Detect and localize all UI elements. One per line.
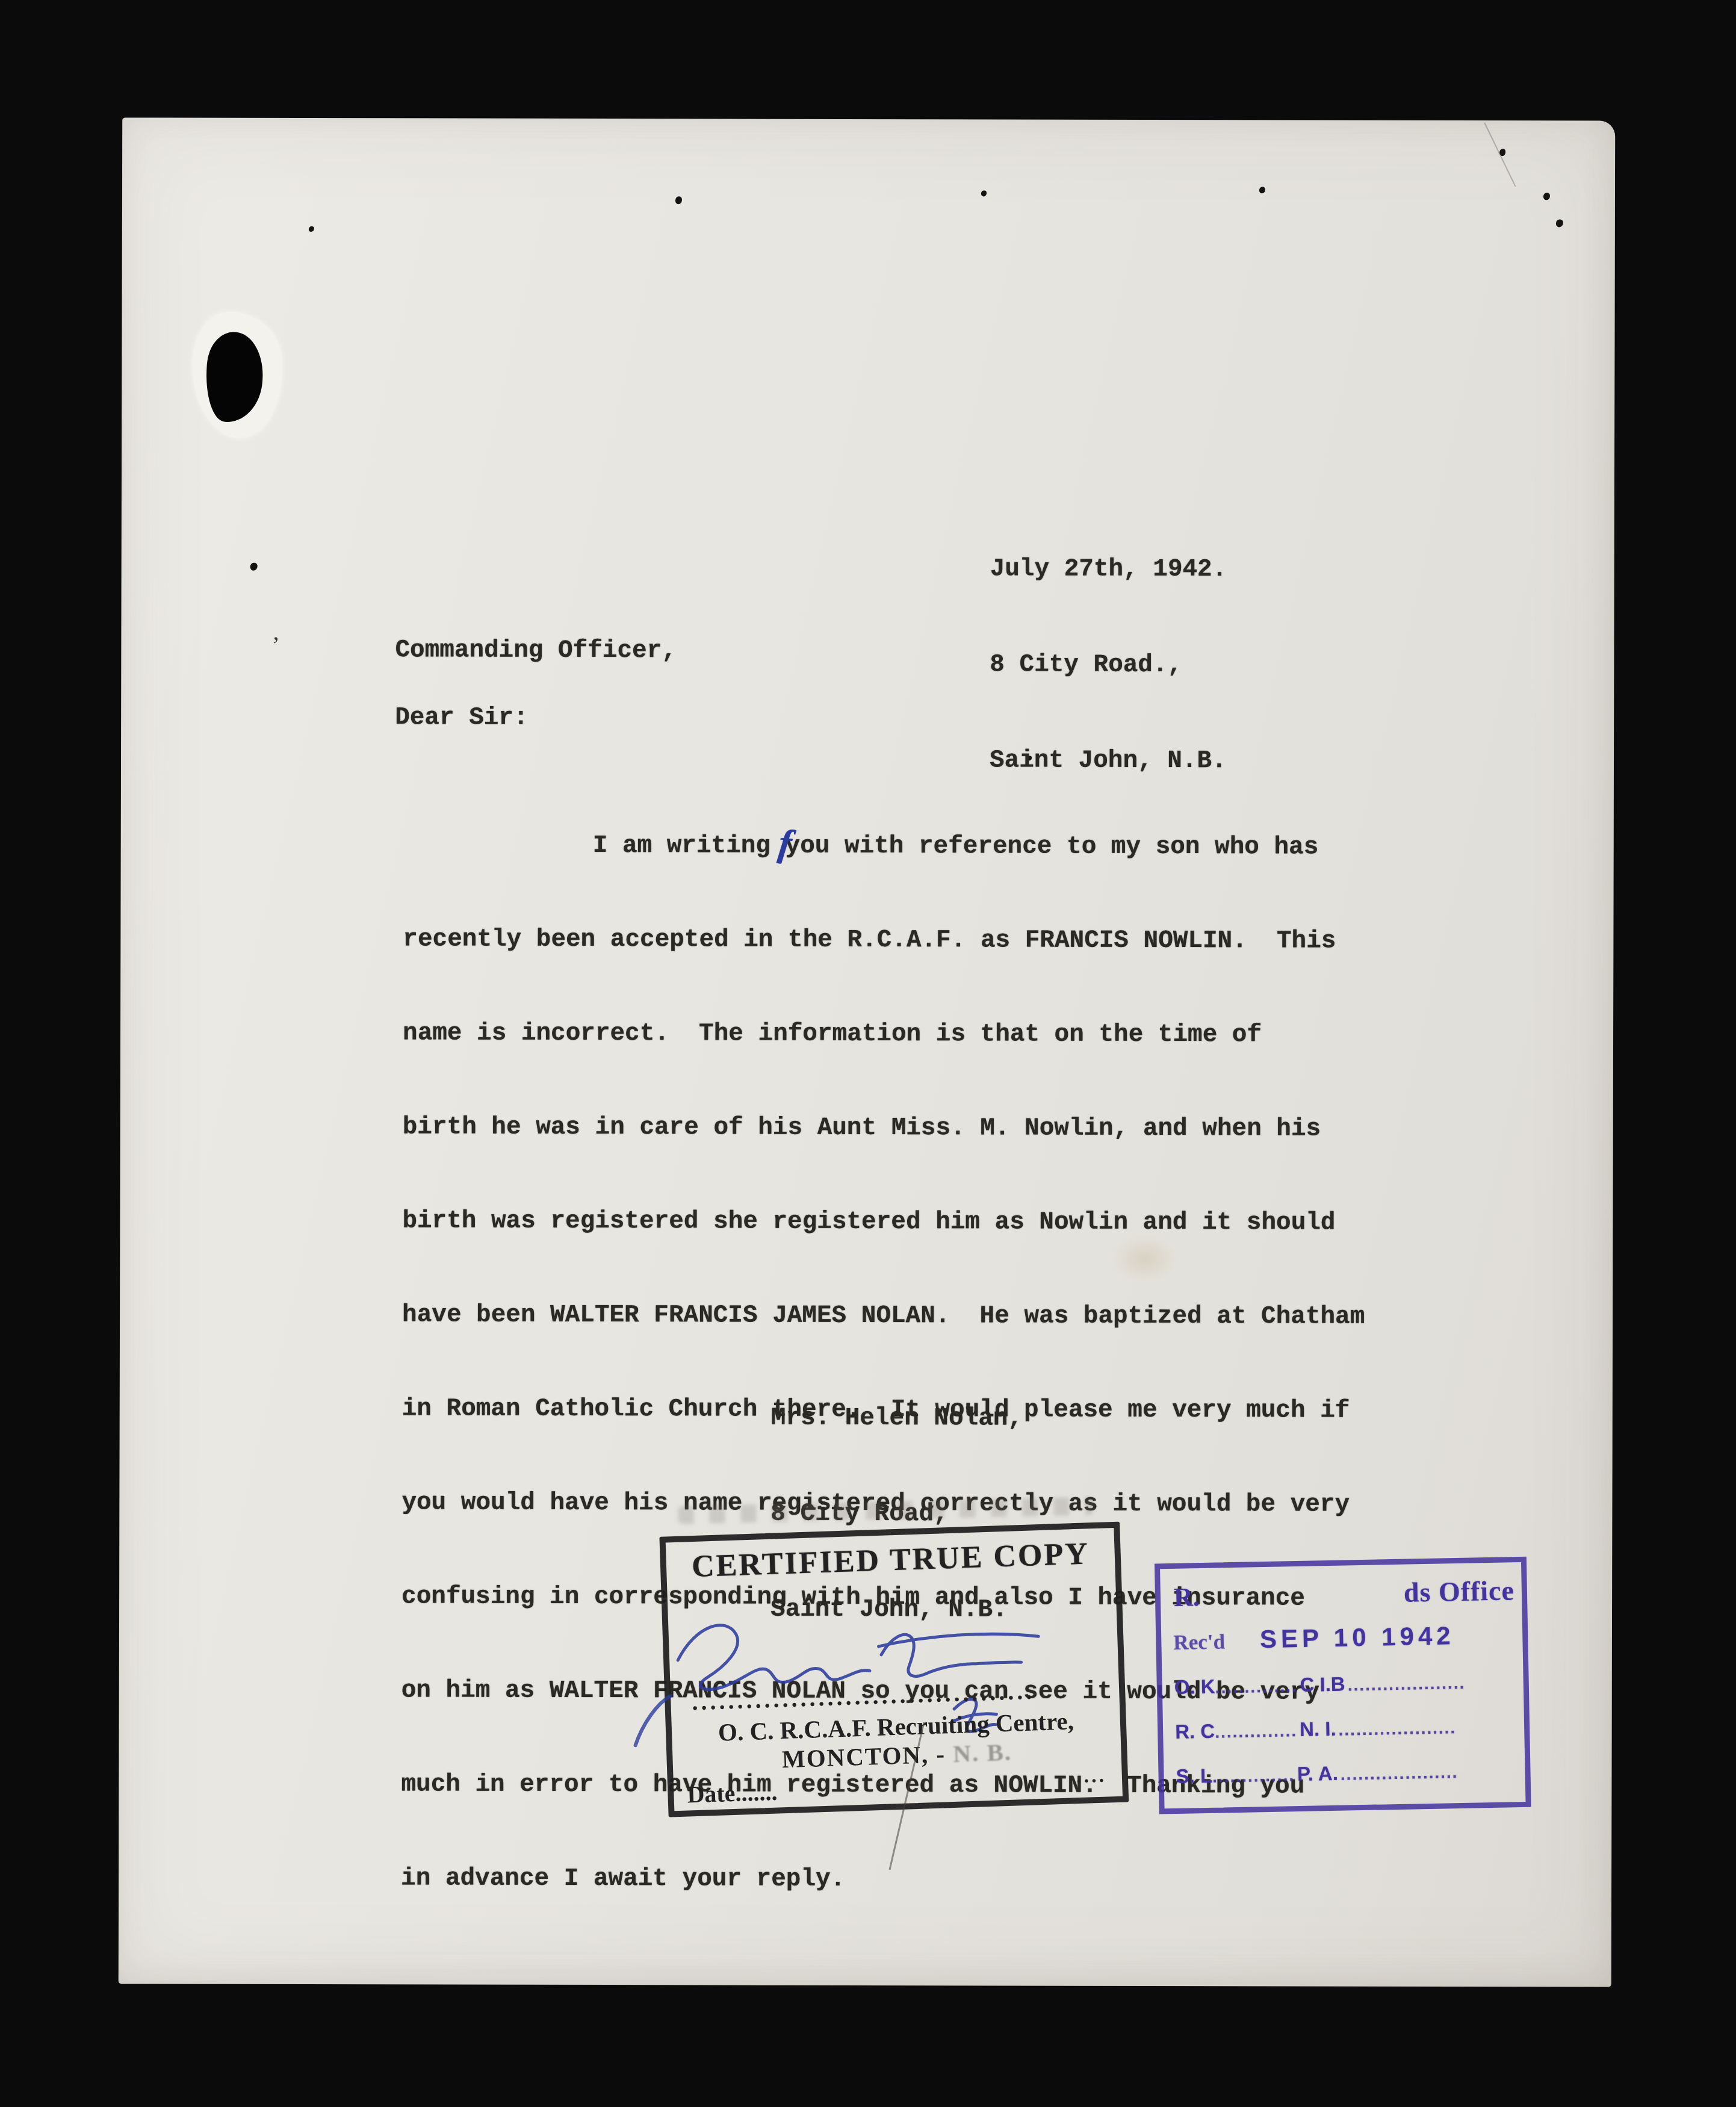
routing-label: C I.B	[1300, 1673, 1345, 1696]
records-header-left: R.	[1174, 1581, 1200, 1613]
body-line: birth he was in care of his Aunt Miss. M…	[403, 1111, 1365, 1144]
body-line: birth was registered she registered him …	[402, 1205, 1365, 1238]
paper-speck	[1259, 187, 1265, 193]
body-line: in advance I await your reply.	[401, 1863, 1363, 1896]
records-stamp-header: R. ds Office	[1173, 1574, 1514, 1613]
blue-ink-tick	[632, 1692, 674, 1749]
body-line: have been WALTER FRANCIS JAMES NOLAN. He…	[402, 1299, 1365, 1332]
received-label: Rec'd	[1173, 1630, 1225, 1655]
routing-row: S. L..............P. A..................…	[1176, 1758, 1517, 1788]
routing-label: N. I.	[1300, 1718, 1336, 1741]
stamp-title: CERTIFIED TRUE COPY	[666, 1535, 1115, 1585]
dotted-leader: ....................	[1341, 1763, 1459, 1784]
paper-speck	[675, 196, 682, 204]
dotted-leader: ..............	[1215, 1721, 1298, 1742]
scanned-letter-page: ’ July 27th, 1942. 8 City Road., Saint J…	[119, 117, 1615, 1987]
received-date-row: Rec'd SEP 10 1942	[1173, 1621, 1455, 1655]
routing-label: O. K	[1174, 1675, 1215, 1699]
paper-speck	[1556, 219, 1563, 227]
body-line: I am writing you with reference to my so…	[403, 830, 1366, 863]
date-line: July 27th, 1942.	[990, 553, 1227, 586]
certified-true-copy-stamp: CERTIFIED TRUE COPY ....................…	[659, 1522, 1129, 1817]
stray-ink-mark: ’	[271, 631, 279, 659]
dotted-leader: ....................	[1347, 1674, 1465, 1695]
routing-row: O. K..............C I.B.................…	[1174, 1669, 1515, 1699]
paper-speck	[250, 563, 258, 571]
stamp-date-label: Date.......	[687, 1778, 778, 1809]
stamp-city-separator: -	[928, 1740, 953, 1768]
body-line: name is incorrect. The information is th…	[403, 1017, 1365, 1050]
paper-speck	[309, 226, 314, 232]
recipient-line: Commanding Officer,	[395, 635, 677, 666]
routing-label: R. C	[1175, 1720, 1215, 1743]
routing-label: S. L	[1176, 1764, 1212, 1788]
paper-speck	[1543, 193, 1550, 200]
received-date: SEP 10 1942	[1259, 1621, 1455, 1654]
dotted-leader: ....................	[1338, 1718, 1456, 1740]
dotted-leader: ..............	[1212, 1766, 1295, 1787]
stamp-province-faded: N. B.	[953, 1738, 1012, 1767]
body-line: recently been accepted in the R.C.A.F. a…	[403, 923, 1365, 957]
paper-speck	[981, 190, 987, 196]
records-office-stamp: R. ds Office Rec'd SEP 10 1942 O. K.....…	[1155, 1557, 1531, 1814]
routing-row: R. C..............N. I..................…	[1175, 1714, 1516, 1743]
stamp-city: MONCTON,	[781, 1740, 929, 1773]
paper-crease	[1484, 122, 1516, 187]
salutation-line: Dear Sir:	[395, 702, 529, 733]
routing-label: P. A.	[1297, 1762, 1339, 1786]
signature-name: Mrs. Helen Nolan,	[771, 1403, 1023, 1435]
records-header-right: ds Office	[1403, 1574, 1514, 1608]
dotted-leader: ..............	[1215, 1677, 1298, 1698]
address-line: 8 City Road.,	[990, 649, 1227, 681]
stamp-date-dots: ....	[1076, 1764, 1106, 1789]
